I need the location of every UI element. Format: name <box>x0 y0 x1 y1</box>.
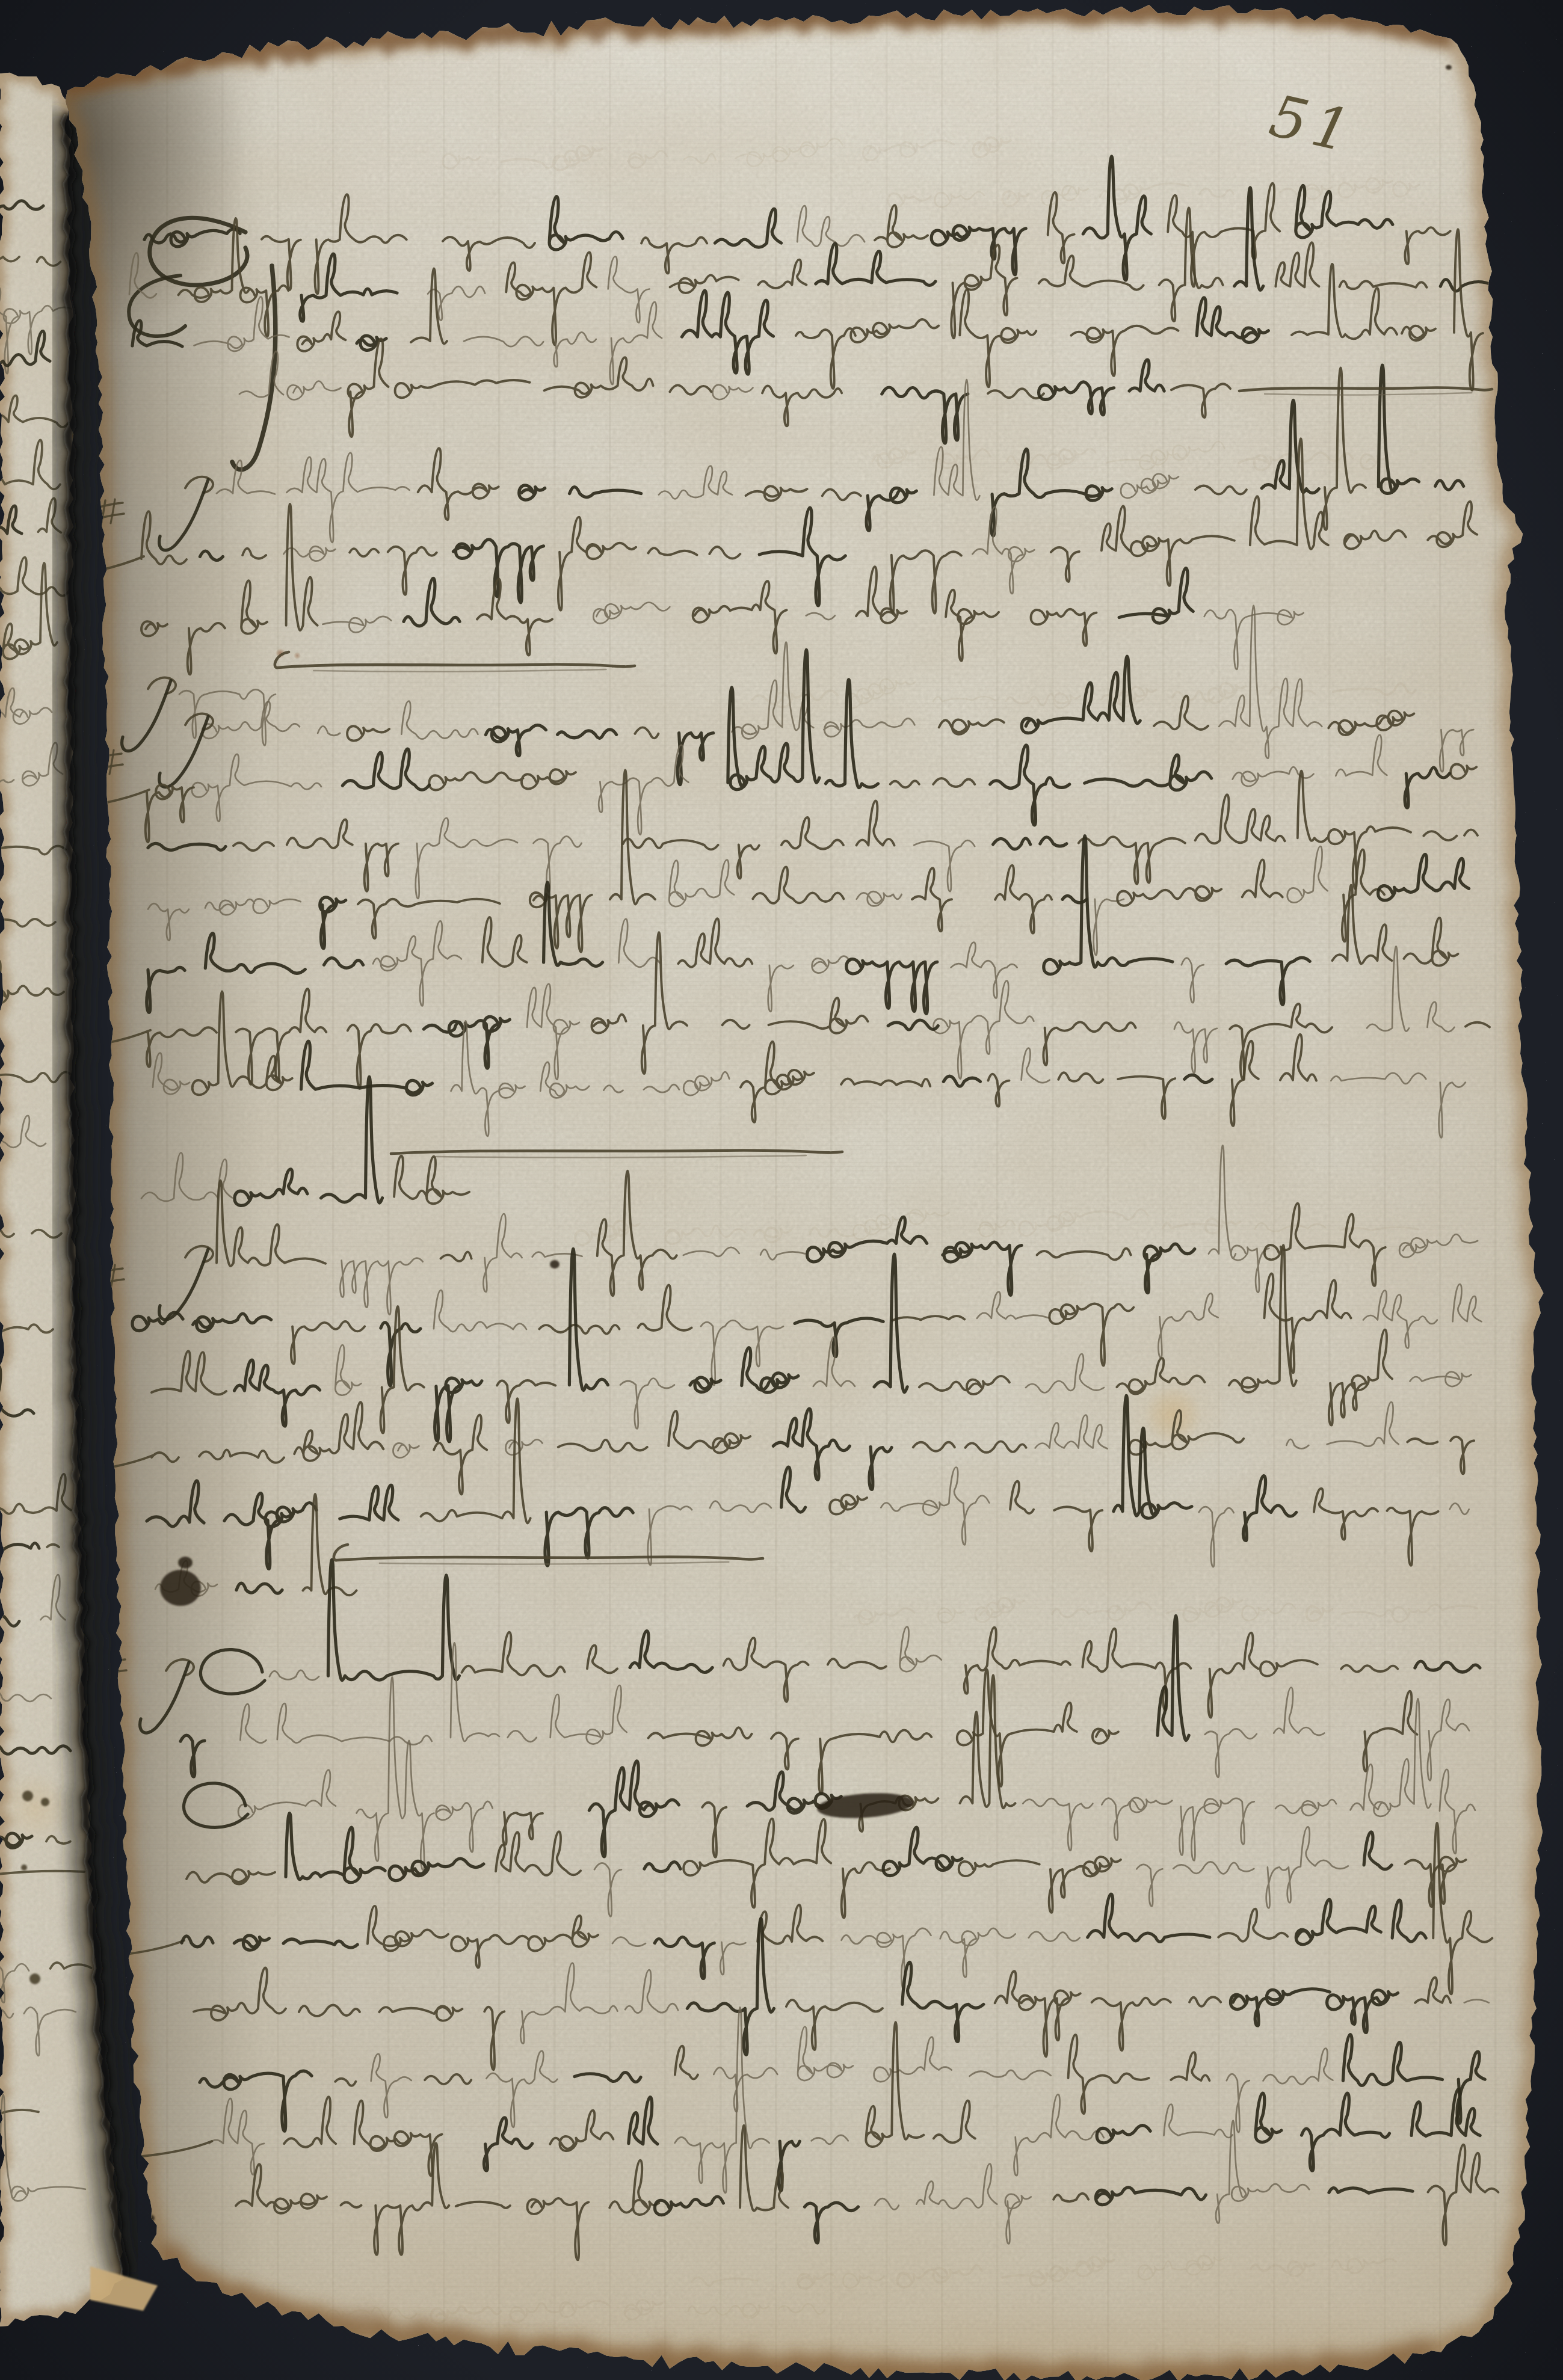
main-page-content <box>0 0 1563 2380</box>
main-page <box>0 0 1563 2380</box>
manuscript-scan: 51 <box>0 0 1563 2380</box>
ink-spot <box>41 1798 49 1806</box>
ink-spot <box>21 1865 27 1871</box>
rust-stain <box>294 652 301 659</box>
ink-spot <box>29 1973 40 1984</box>
scan-canvas: 51 <box>0 0 1563 2380</box>
ink-blot <box>178 1557 193 1569</box>
ink-blot <box>550 1260 560 1268</box>
ink-blot <box>160 1570 201 1606</box>
paper-grain-texture <box>60 0 1563 2380</box>
ink-blot <box>1446 65 1452 70</box>
ink-spot <box>22 1791 33 1801</box>
